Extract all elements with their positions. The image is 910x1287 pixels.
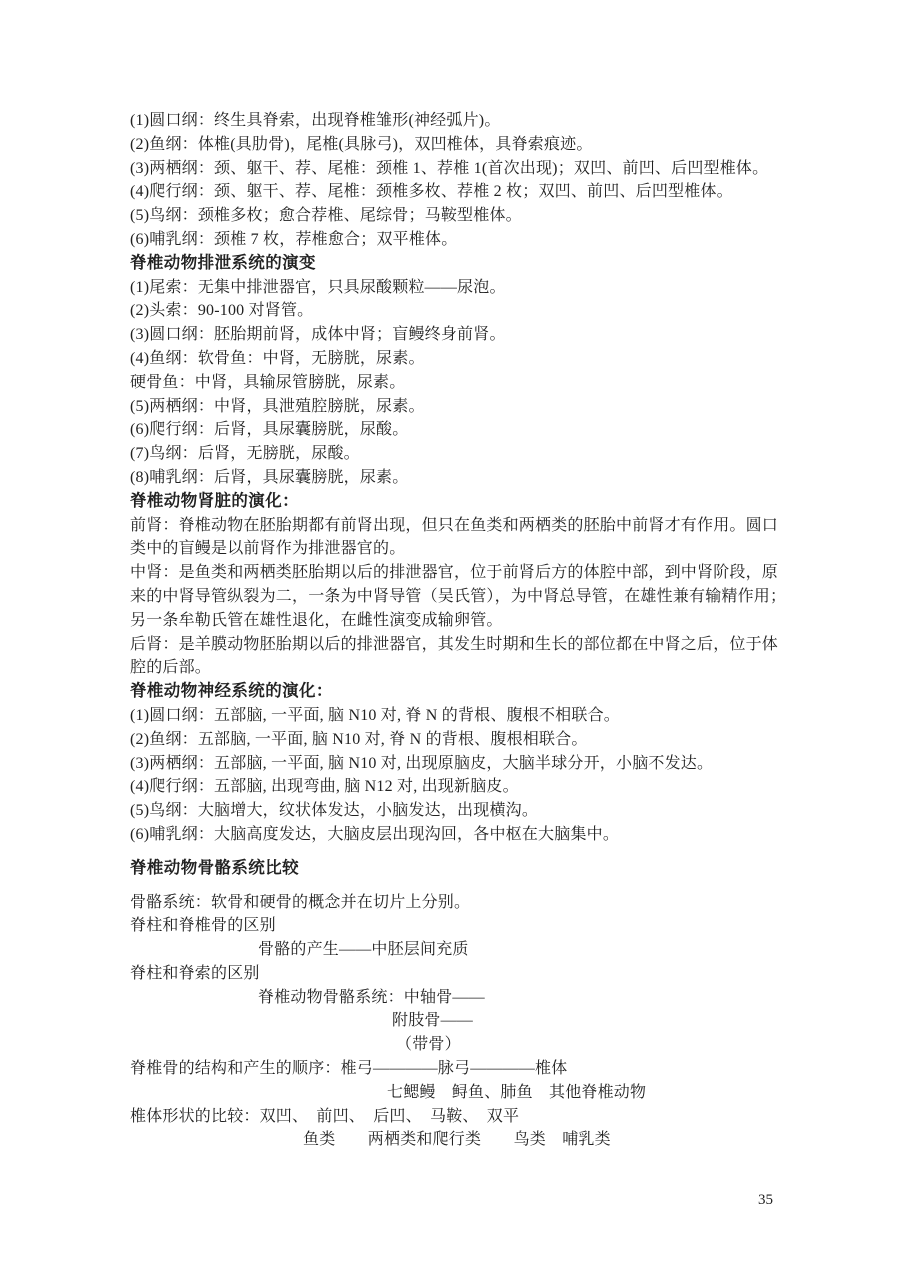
text-line: 椎体形状的比较：双凹、 前凹、 后凹、 马鞍、 双平 bbox=[130, 1105, 820, 1129]
text-line: (5)鸟纲：颈椎多枚；愈合荐椎、尾综骨；马鞍型椎体。 bbox=[130, 204, 820, 228]
section-heading: 脊椎动物排泄系统的演变 bbox=[130, 252, 820, 276]
text-line: 前肾：脊椎动物在胚胎期都有前肾出现，但只在鱼类和两栖类的胚胎中前肾才有作用。圆口 bbox=[130, 514, 820, 538]
text-line: 来的中肾导管纵裂为二，一条为中肾导管（吴氏管），为中肾总导管，在雄性兼有输精作用… bbox=[130, 585, 820, 609]
text-line: (4)鱼纲：软骨鱼：中肾，无膀胱，尿素。 bbox=[130, 347, 820, 371]
text-line: 鱼类 两栖类和爬行类 鸟类 哺乳类 bbox=[130, 1128, 820, 1152]
text-line: 骨骼系统：软骨和硬骨的概念并在切片上分别。 bbox=[130, 891, 820, 915]
page-number: 35 bbox=[758, 1192, 773, 1209]
text-line: (6)哺乳纲：颈椎 7 枚，荐椎愈合；双平椎体。 bbox=[130, 228, 820, 252]
text-line: 脊椎动物骨骼系统：中轴骨—— bbox=[130, 986, 820, 1010]
section-heading: 脊椎动物骨骼系统比较 bbox=[130, 857, 820, 881]
section-heading: 脊椎动物肾脏的演化： bbox=[130, 490, 820, 514]
text-line: (1)圆口纲：五部脑, 一平面, 脑 N10 对, 脊 N 的背根、腹根不相联合… bbox=[130, 704, 820, 728]
text-line: (1)圆口纲：终生具脊索，出现脊椎雏形(神经弧片)。 bbox=[130, 109, 820, 133]
text-line: 中肾：是鱼类和两栖类胚胎期以后的排泄器官，位于前肾后方的体腔中部，到中肾阶段，原 bbox=[130, 561, 820, 585]
text-line: (6)哺乳纲：大脑高度发达，大脑皮层出现沟回，各中枢在大脑集中。 bbox=[130, 823, 820, 847]
text-line: (7)鸟纲：后肾，无膀胱，尿酸。 bbox=[130, 442, 820, 466]
text-line: 七鳃鳗 鲟鱼、肺鱼 其他脊椎动物 bbox=[130, 1081, 820, 1105]
text-line: (2)头索：90-100 对肾管。 bbox=[130, 299, 820, 323]
text-line: 后肾：是羊膜动物胚胎期以后的排泄器官，其发生时期和生长的部位都在中肾之后，位于体 bbox=[130, 633, 820, 657]
text-line: (4)爬行纲：颈、躯干、荐、尾椎：颈椎多枚、荐椎 2 枚；双凹、前凹、后凹型椎体… bbox=[130, 180, 820, 204]
text-line: 类中的盲鳗是以前肾作为排泄器官的。 bbox=[130, 537, 820, 561]
text-line: 附肢骨—— bbox=[130, 1009, 820, 1033]
document-body: (1)圆口纲：终生具脊索，出现脊椎雏形(神经弧片)。(2)鱼纲：体椎(具肋骨)，… bbox=[130, 109, 820, 1152]
text-line: (1)尾索：无集中排泄器官，只具尿酸颗粒——尿泡。 bbox=[130, 276, 820, 300]
text-line: (6)爬行纲：后肾，具尿囊膀胱，尿酸。 bbox=[130, 418, 820, 442]
text-line: (2)鱼纲：五部脑, 一平面, 脑 N10 对, 脊 N 的背根、腹根相联合。 bbox=[130, 728, 820, 752]
text-line: (5)鸟纲：大脑增大，纹状体发达，小脑发达，出现横沟。 bbox=[130, 799, 820, 823]
section-heading: 脊椎动物神经系统的演化： bbox=[130, 680, 820, 704]
text-line: (4)爬行纲：五部脑, 出现弯曲, 脑 N12 对, 出现新脑皮。 bbox=[130, 775, 820, 799]
text-line: 脊柱和脊椎骨的区别 bbox=[130, 914, 820, 938]
text-line: (3)两栖纲：五部脑, 一平面, 脑 N10 对, 出现原脑皮，大脑半球分开，小… bbox=[130, 752, 820, 776]
text-line: 硬骨鱼：中肾，具输尿管膀胱，尿素。 bbox=[130, 371, 820, 395]
text-line: 另一条牟勒氏管在雄性退化，在雌性演变成输卵管。 bbox=[130, 609, 820, 633]
text-line: （带骨） bbox=[130, 1033, 820, 1057]
document-page: (1)圆口纲：终生具脊索，出现脊椎雏形(神经弧片)。(2)鱼纲：体椎(具肋骨)，… bbox=[0, 0, 910, 1287]
text-line: 脊柱和脊索的区别 bbox=[130, 962, 820, 986]
text-line: (3)圆口纲：胚胎期前肾，成体中肾；盲鳗终身前肾。 bbox=[130, 323, 820, 347]
text-line: 腔的后部。 bbox=[130, 656, 820, 680]
text-line: (8)哺乳纲：后肾，具尿囊膀胱，尿素。 bbox=[130, 466, 820, 490]
text-line: (2)鱼纲：体椎(具肋骨)，尾椎(具脉弓)，双凹椎体，具脊索痕迹。 bbox=[130, 133, 820, 157]
text-line: (5)两栖纲：中肾，具泄殖腔膀胱，尿素。 bbox=[130, 395, 820, 419]
text-line: (3)两栖纲：颈、躯干、荐、尾椎：颈椎 1、荐椎 1(首次出现)；双凹、前凹、后… bbox=[130, 157, 820, 181]
text-line: 骨骼的产生——中胚层间充质 bbox=[130, 938, 820, 962]
text-line: 脊椎骨的结构和产生的顺序：椎弓————脉弓————椎体 bbox=[130, 1057, 820, 1081]
